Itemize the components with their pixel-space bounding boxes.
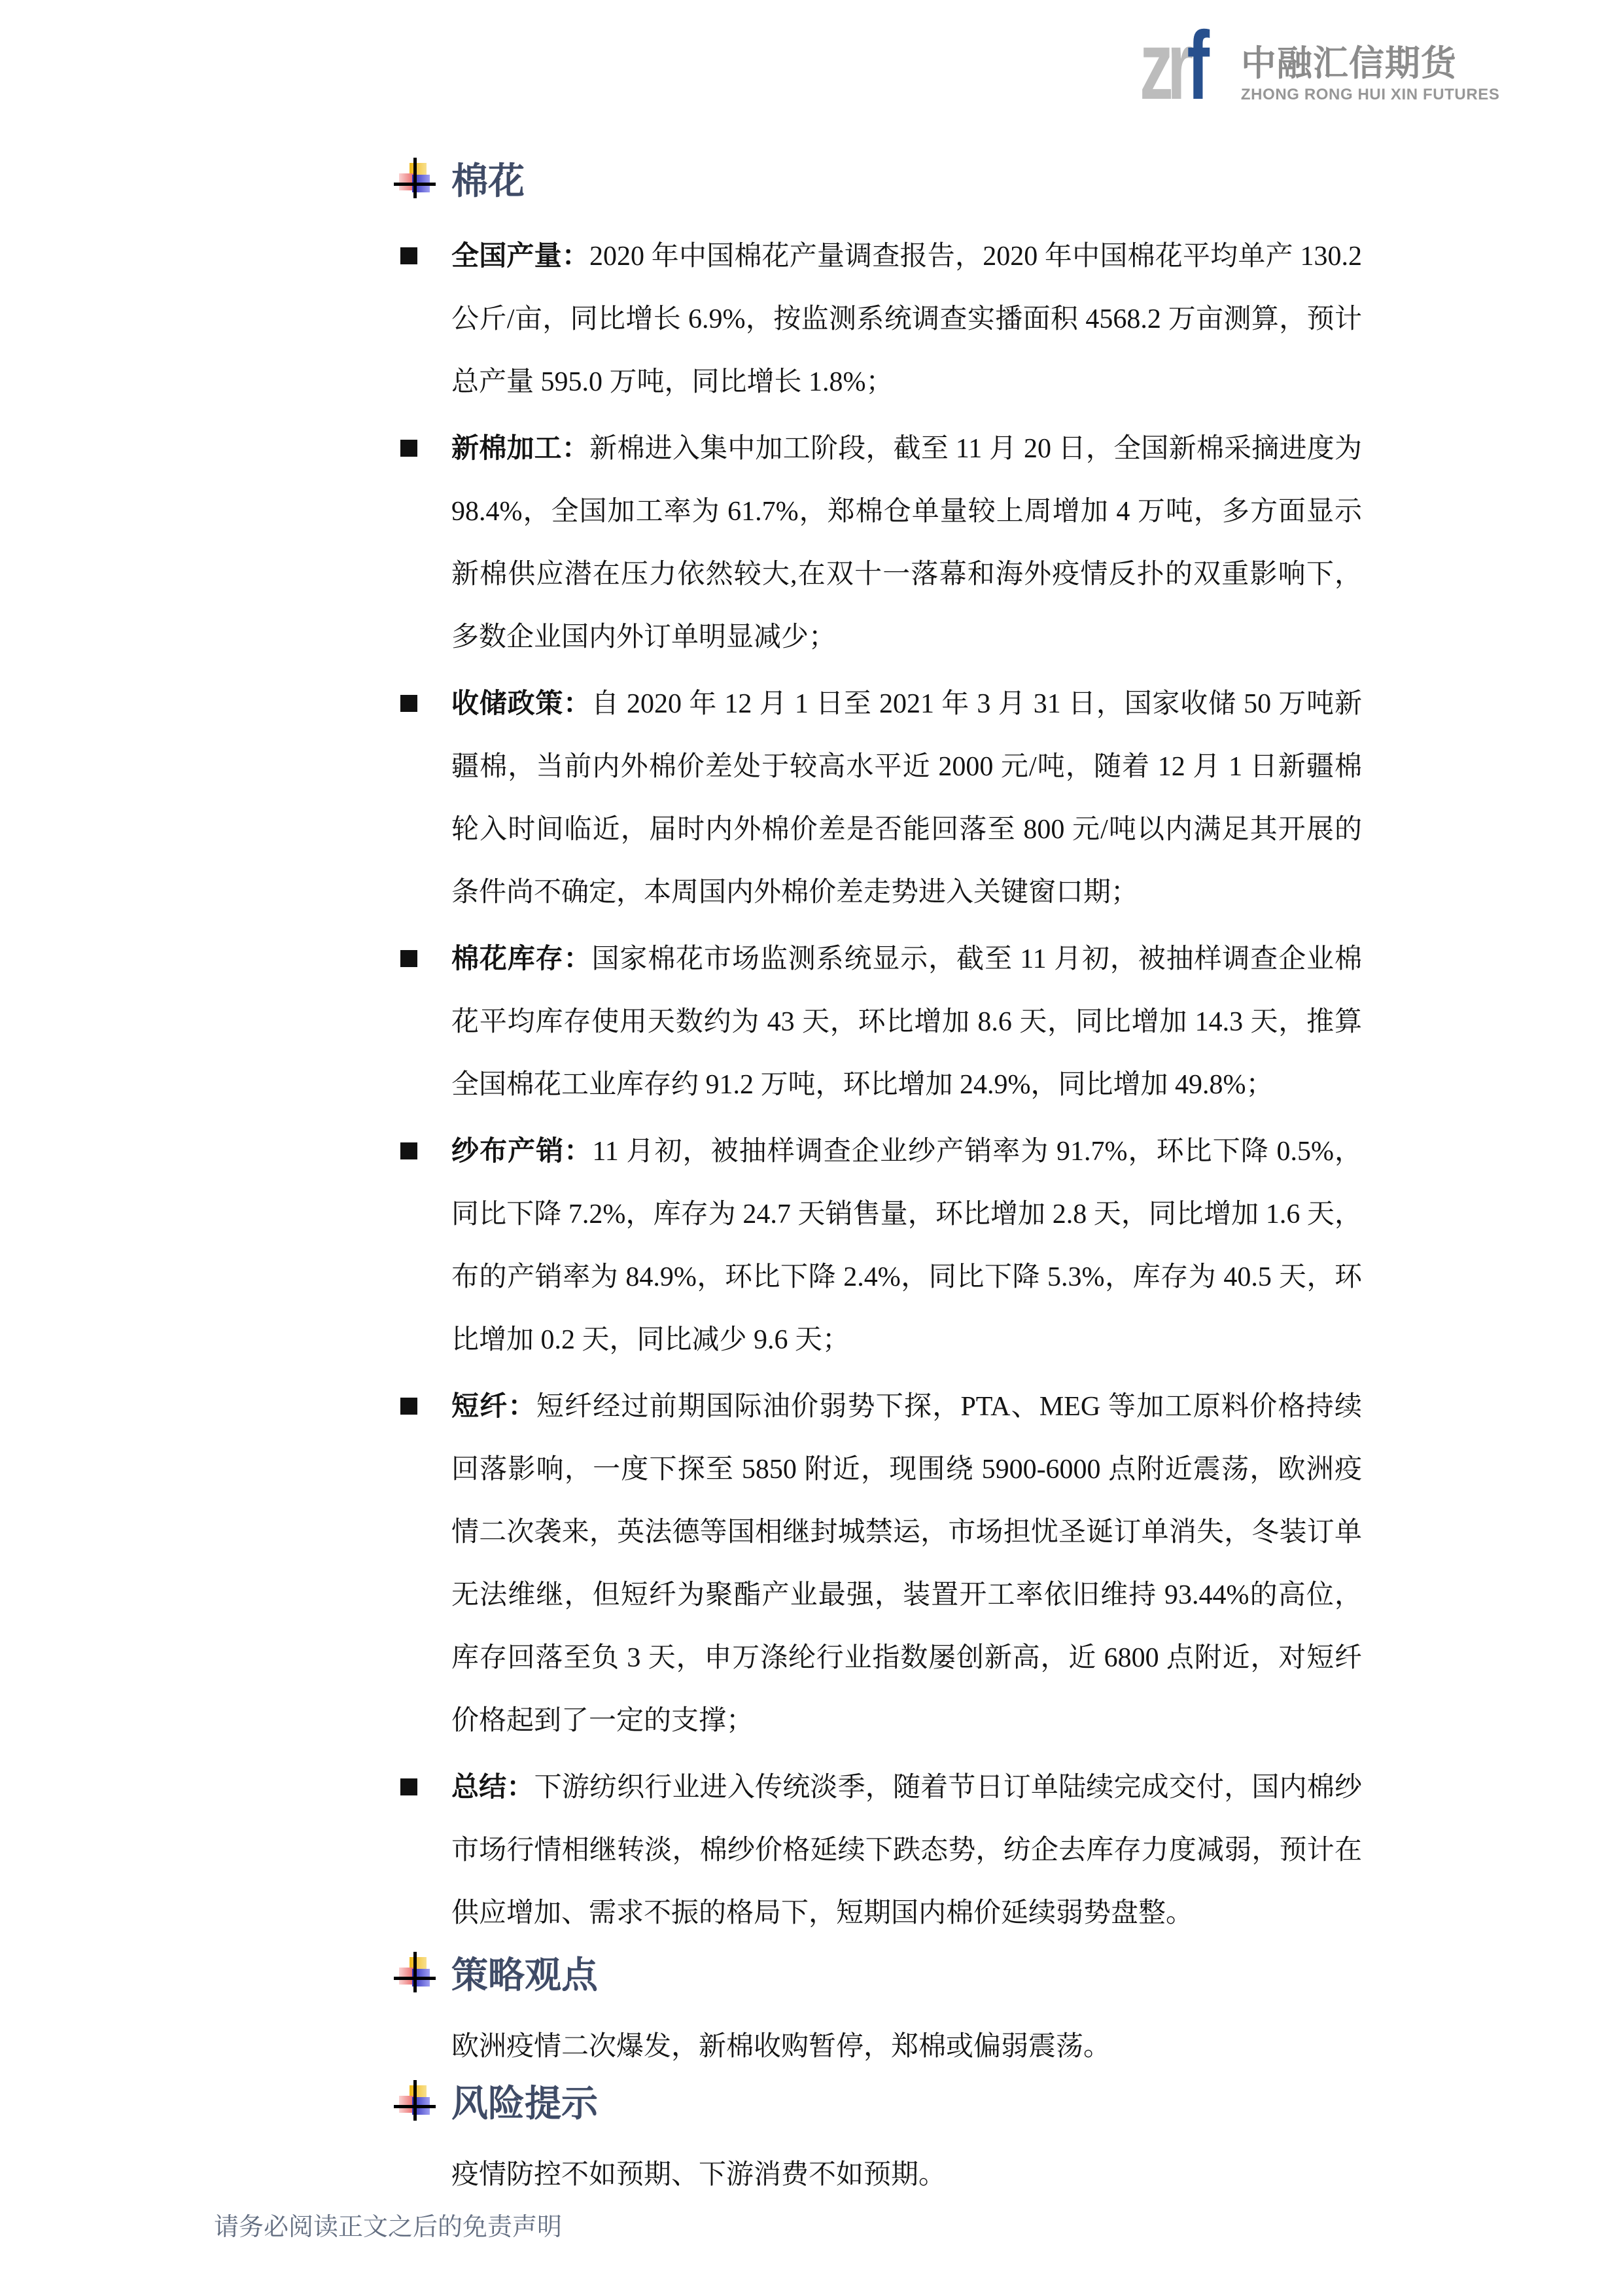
section-risk-header: 风险提示	[399, 2078, 1362, 2124]
square-bullet-icon	[400, 950, 417, 967]
section-strategy: 策略观点 欧洲疫情二次爆发，新棉收购暂停，郑棉或偏弱震荡。	[399, 1950, 1362, 2078]
square-bullet-icon	[400, 440, 417, 457]
company-logo: zrf 中融汇信期货 ZHONG RONG HUI XIN FUTURES	[1140, 26, 1500, 105]
bullet-label: 纱布产销：	[451, 1137, 592, 1167]
bullet-label: 新棉加工：	[451, 434, 589, 464]
bullet-item: 新棉加工：新棉进入集中加工阶段，截至 11 月 20 日，全国新棉采摘进度为 9…	[399, 417, 1362, 669]
section-title: 策略观点	[451, 1947, 598, 1999]
pin-cross-horizontal	[394, 1977, 436, 1980]
report-page: zrf 中融汇信期货 ZHONG RONG HUI XIN FUTURES 棉花	[0, 0, 1623, 2296]
bullet-label: 棉花库存：	[451, 944, 591, 974]
bullet-text: 短纤经过前期国际油价弱势下探，PTA、MEG 等加工原料价格持续回落影响，一度下…	[451, 1392, 1362, 1736]
bullet-label: 总结：	[451, 1773, 534, 1803]
logo-letter-f: f	[1187, 12, 1204, 120]
bullet-text: 11 月初，被抽样调查企业纱产销率为 91.7%，环比下降 0.5%，同比下降 …	[451, 1137, 1362, 1355]
strategy-paragraph: 欧洲疫情二次爆发，新棉收购暂停，郑棉或偏弱震荡。	[451, 2015, 1362, 2078]
section-cotton-header: 棉花	[399, 156, 1362, 202]
bullet-label: 收储政策：	[451, 689, 591, 719]
bullet-item: 纱布产销：11 月初，被抽样调查企业纱产销率为 91.7%，环比下降 0.5%，…	[399, 1120, 1362, 1371]
cotton-bullet-list: 全国产量：2020 年中国棉花产量调查报告，2020 年中国棉花平均单产 130…	[399, 225, 1362, 1945]
bullet-label: 全国产量：	[451, 241, 589, 272]
section-risk: 风险提示 疫情防控不如预期、下游消费不如预期。	[399, 2078, 1362, 2206]
logo-text-block: 中融汇信期货 ZHONG RONG HUI XIN FUTURES	[1241, 46, 1500, 105]
pin-icon	[399, 2084, 432, 2118]
bullet-item: 总结：下游纺织行业进入传统淡季，随着节日订单陆续完成交付，国内棉纱市场行情相继转…	[399, 1756, 1362, 1945]
bullet-text: 新棉进入集中加工阶段，截至 11 月 20 日，全国新棉采摘进度为 98.4%，…	[451, 434, 1362, 652]
logo-letters-zr: zr	[1140, 12, 1187, 120]
bullet-text: 下游纺织行业进入传统淡季，随着节日订单陆续完成交付，国内棉纱市场行情相继转淡，棉…	[451, 1773, 1362, 1928]
pin-icon	[399, 162, 432, 196]
bullet-label: 短纤：	[451, 1392, 536, 1422]
pin-cross-horizontal	[394, 2105, 436, 2108]
square-bullet-icon	[400, 1398, 417, 1415]
section-strategy-header: 策略观点	[399, 1950, 1362, 1996]
pin-cross-vertical	[413, 158, 417, 198]
bullet-item: 收储政策：自 2020 年 12 月 1 日至 2021 年 3 月 31 日，…	[399, 673, 1362, 924]
pin-cross-horizontal	[394, 183, 436, 186]
footer-disclaimer: 请务必阅读正文之后的免责声明	[214, 2214, 562, 2242]
square-bullet-icon	[400, 247, 417, 264]
section-cotton: 棉花 全国产量：2020 年中国棉花产量调查报告，2020 年中国棉花平均单产 …	[399, 156, 1362, 1945]
pin-icon	[399, 1956, 432, 1990]
risk-paragraph: 疫情防控不如预期、下游消费不如预期。	[451, 2144, 1362, 2206]
section-title: 棉花	[451, 152, 525, 205]
square-bullet-icon	[400, 1142, 417, 1159]
bullet-item: 棉花库存：国家棉花市场监测系统显示，截至 11 月初，被抽样调查企业棉花平均库存…	[399, 928, 1362, 1116]
square-bullet-icon	[400, 695, 417, 712]
logo-company-name-en: ZHONG RONG HUI XIN FUTURES	[1241, 86, 1500, 104]
report-body: 棉花 全国产量：2020 年中国棉花产量调查报告，2020 年中国棉花平均单产 …	[399, 156, 1362, 2206]
logo-company-name-cn: 中融汇信期货	[1241, 46, 1500, 82]
square-bullet-icon	[400, 1778, 417, 1795]
section-title: 风险提示	[451, 2075, 598, 2127]
bullet-item: 全国产量：2020 年中国棉花产量调查报告，2020 年中国棉花平均单产 130…	[399, 225, 1362, 414]
bullet-text: 自 2020 年 12 月 1 日至 2021 年 3 月 31 日，国家收储 …	[451, 689, 1362, 908]
pin-cross-vertical	[413, 2080, 417, 2121]
logo-zrf-mark: zrf	[1140, 26, 1203, 105]
pin-cross-vertical	[413, 1952, 417, 1992]
bullet-item: 短纤：短纤经过前期国际油价弱势下探，PTA、MEG 等加工原料价格持续回落影响，…	[399, 1375, 1362, 1752]
